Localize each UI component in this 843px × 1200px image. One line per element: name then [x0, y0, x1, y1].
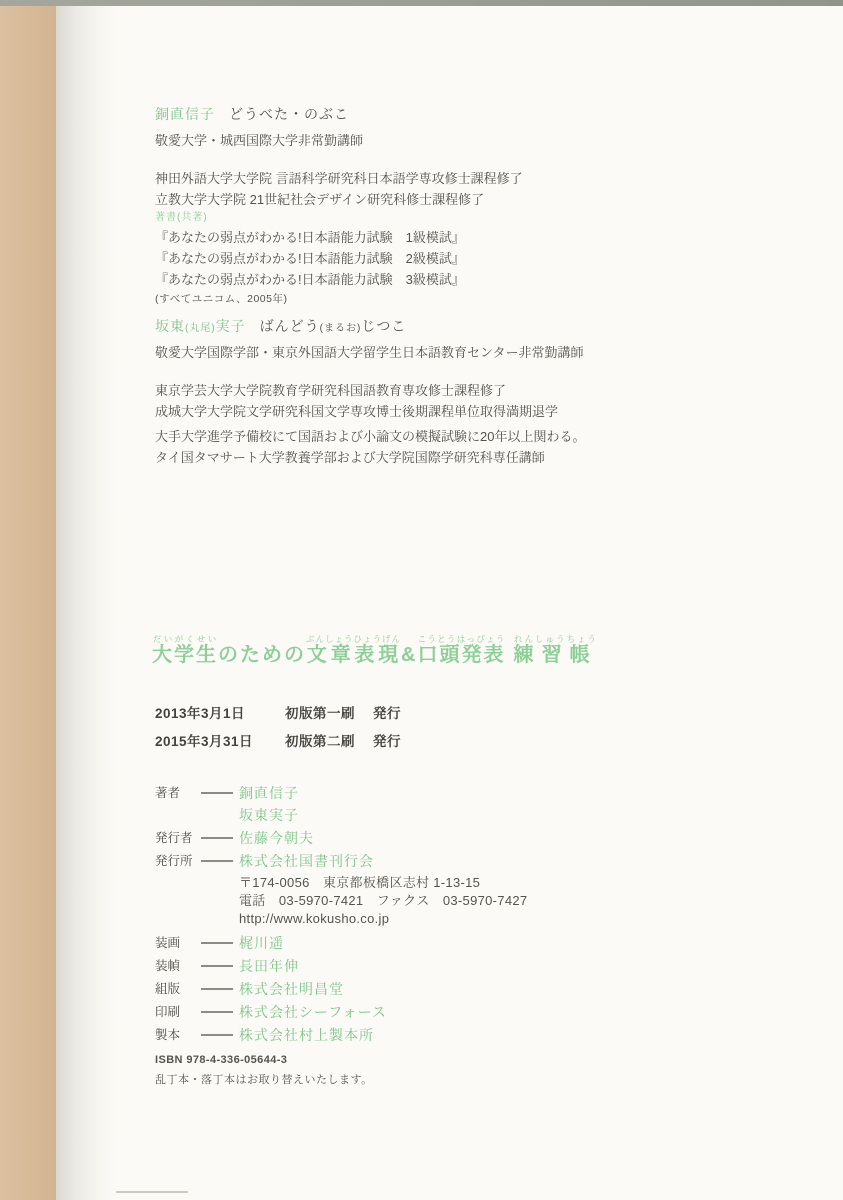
- author-2-career: 大手大学進学予備校にて国語および小論文の模擬試験に20年以上関わる。 タイ国タマ…: [155, 426, 715, 468]
- author-bio-1: 銅直信子どうべた・のぶこ 敬愛大学・城西国際大学非常勤講師 神田外語大学大学院 …: [155, 104, 715, 307]
- publisher-details: 〒174-0056 東京都板橋区志村 1-13-15 電話 03-5970-74…: [239, 874, 715, 928]
- education-line: 成城大学大学院文学研究科国文学専攻博士後期課程単位取得満期退学: [155, 401, 715, 422]
- career-line: タイ国タマサート大学教養学部および大学院国際学研究科専任講師: [155, 447, 715, 468]
- author-1-education: 神田外語大学大学院 言語科学研究科日本語学専攻修士課程修了 立教大学大学院 21…: [155, 168, 715, 210]
- credit-value: 株式会社国書刊行会: [239, 850, 374, 872]
- credit-value: 坂東実子: [239, 804, 299, 826]
- credit-values: 銅直信子 坂東実子: [239, 782, 299, 826]
- title-text: 大学生: [152, 644, 218, 666]
- author-1-affiliation: 敬愛大学・城西国際大学非常勤講師: [155, 130, 715, 151]
- credit-row-publisher-person: 発行者 佐藤今朝夫: [155, 827, 715, 849]
- author-2-name: 坂東: [155, 318, 185, 334]
- career-line: 大手大学進学予備校にて国語および小論文の模擬試験に20年以上関わる。: [155, 426, 715, 447]
- title-segment: &: [401, 644, 417, 666]
- author-2-reading: ばんどう: [260, 318, 320, 334]
- credit-row-typesetting: 組版 株式会社明昌堂: [155, 978, 715, 1000]
- credit-value: 銅直信子: [239, 782, 299, 804]
- publisher-url: http://www.kokusho.co.jp: [239, 910, 715, 928]
- credit-row-publisher: 発行所 株式会社国書刊行会: [155, 850, 715, 872]
- author-1-name-line: 銅直信子どうべた・のぶこ: [155, 104, 715, 127]
- edition-date: 2015年3月31日: [155, 732, 285, 752]
- credit-label: 装画: [155, 932, 201, 954]
- edition-printing: 初版第二刷: [285, 732, 373, 752]
- colophon-credits: 著者 銅直信子 坂東実子 発行者 佐藤今朝夫 発行所 株式会社国書刊行会 〒17…: [155, 782, 715, 1046]
- book-colophon-page: 銅直信子どうべた・のぶこ 敬愛大学・城西国際大学非常勤講師 神田外語大学大学院 …: [0, 0, 843, 1200]
- credit-row-author: 著者 銅直信子 坂東実子: [155, 782, 715, 826]
- replacement-note: 乱丁本・落丁本はお取り替えいたします。: [155, 1072, 373, 1088]
- credit-label: 著者: [155, 782, 201, 804]
- adjacent-page-edge: [0, 0, 56, 1200]
- author-2-reading-paren: (まるお): [320, 323, 362, 334]
- work-title: 『あなたの弱点がわかる!日本語能力試験 3級模試』: [155, 269, 715, 290]
- edition-row: 2015年3月31日 初版第二刷 発行: [155, 732, 401, 752]
- credit-row-illustration: 装画 梶川遥: [155, 932, 715, 954]
- author-2-name-paren: (丸尾): [185, 323, 216, 334]
- edition-printing: 初版第一刷: [285, 704, 373, 724]
- work-title: 『あなたの弱点がわかる!日本語能力試験 1級模試』: [155, 227, 715, 248]
- edition-row: 2013年3月1日 初版第一刷 発行: [155, 704, 401, 724]
- works-label: 著書(共著): [155, 211, 715, 225]
- title-text: &: [401, 644, 417, 666]
- credit-dash-rule: [201, 942, 233, 944]
- title-segment: 口頭発表こうとうはっぴょう: [417, 644, 505, 666]
- credit-dash-rule: [201, 1011, 233, 1013]
- works-note: (すべてユニコム、2005年): [155, 292, 715, 307]
- book-title: 大学生だいがくせいのための文章表現ぶんしょうひょうげん&口頭発表こうとうはっぴょ…: [152, 634, 597, 666]
- credit-value: 梶川遥: [239, 932, 284, 954]
- edition-date: 2013年3月1日: [155, 704, 285, 724]
- edition-dates: 2013年3月1日 初版第一刷 発行 2015年3月31日 初版第二刷 発行: [155, 704, 401, 752]
- title-text: 口頭発表: [417, 644, 505, 666]
- page-binding-curve: [56, 0, 116, 1200]
- title-segment: 大学生だいがくせい: [152, 644, 218, 666]
- isbn-block: ISBN 978-4-336-05644-3 乱丁本・落丁本はお取り替えいたしま…: [155, 1052, 373, 1088]
- credit-dash-rule: [201, 988, 233, 990]
- credit-dash-rule: [201, 837, 233, 839]
- edition-label: 発行: [373, 732, 401, 752]
- credit-label: 印刷: [155, 1001, 201, 1023]
- credit-row-bookbinding: 製本 株式会社村上製本所: [155, 1024, 715, 1046]
- author-2-education: 東京学芸大学大学院教育学研究科国語教育専攻修士課程修了 成城大学大学院文学研究科…: [155, 380, 715, 422]
- author-1-works: 著書(共著) 『あなたの弱点がわかる!日本語能力試験 1級模試』 『あなたの弱点…: [155, 211, 715, 307]
- title-text: のための: [218, 644, 306, 666]
- publisher-address: 〒174-0056 東京都板橋区志村 1-13-15: [239, 874, 715, 892]
- credit-value: 株式会社シーフォース: [239, 1001, 387, 1023]
- credit-dash-rule: [201, 860, 233, 862]
- author-2-name-line: 坂東(丸尾)実子ばんどう(まるお)じつこ: [155, 316, 715, 339]
- title-segment: 練習帳れんしゅうちょう: [513, 644, 597, 666]
- work-title: 『あなたの弱点がわかる!日本語能力試験 2級模試』: [155, 248, 715, 269]
- education-line: 東京学芸大学大学院教育学研究科国語教育専攻修士課程修了: [155, 380, 715, 401]
- title-segment: のための: [218, 644, 306, 666]
- education-line: 神田外語大学大学院 言語科学研究科日本語学専攻修士課程修了: [155, 168, 715, 189]
- credit-dash-rule: [201, 792, 233, 794]
- credit-label: 組版: [155, 978, 201, 1000]
- author-1-reading: どうべた・のぶこ: [229, 106, 349, 122]
- education-line: 立教大学大学院 21世紀社会デザイン研究科修士課程修了: [155, 189, 715, 210]
- credit-row-printing: 印刷 株式会社シーフォース: [155, 1001, 715, 1023]
- title-furigana: だいがくせい: [152, 634, 218, 644]
- page-bottom-shadow: [116, 1191, 188, 1193]
- credit-dash-rule: [201, 1034, 233, 1036]
- title-furigana: れんしゅうちょう: [513, 634, 597, 644]
- author-2-name-tail: 実子: [216, 318, 246, 334]
- credit-label: 製本: [155, 1024, 201, 1046]
- title-furigana: こうとうはっぴょう: [417, 634, 505, 644]
- author-2-reading-tail: じつこ: [361, 318, 406, 334]
- credit-row-binding-design: 装幀 長田年伸: [155, 955, 715, 977]
- isbn: ISBN 978-4-336-05644-3: [155, 1052, 373, 1068]
- credit-value: 長田年伸: [239, 955, 299, 977]
- page-top-edge: [0, 0, 843, 6]
- title-furigana: ぶんしょうひょうげん: [306, 634, 401, 644]
- author-bio-2: 坂東(丸尾)実子ばんどう(まるお)じつこ 敬愛大学国際学部・東京外国語大学留学生…: [155, 316, 715, 468]
- credit-label: 発行所: [155, 850, 201, 872]
- title-segment: 文章表現ぶんしょうひょうげん: [306, 644, 401, 666]
- credit-value: 佐藤今朝夫: [239, 827, 314, 849]
- title-text: 文章表現: [306, 644, 401, 666]
- author-2-affiliation: 敬愛大学国際学部・東京外国語大学留学生日本語教育センター非常勤講師: [155, 342, 715, 363]
- credit-dash-rule: [201, 965, 233, 967]
- credit-label: 発行者: [155, 827, 201, 849]
- credit-label: 装幀: [155, 955, 201, 977]
- publisher-phone: 電話 03-5970-7421 ファクス 03-5970-7427: [239, 892, 715, 910]
- edition-label: 発行: [373, 704, 401, 724]
- author-1-name: 銅直信子: [155, 106, 215, 122]
- credit-value: 株式会社村上製本所: [239, 1024, 374, 1046]
- title-text: 練習帳: [513, 644, 597, 666]
- credit-value: 株式会社明昌堂: [239, 978, 344, 1000]
